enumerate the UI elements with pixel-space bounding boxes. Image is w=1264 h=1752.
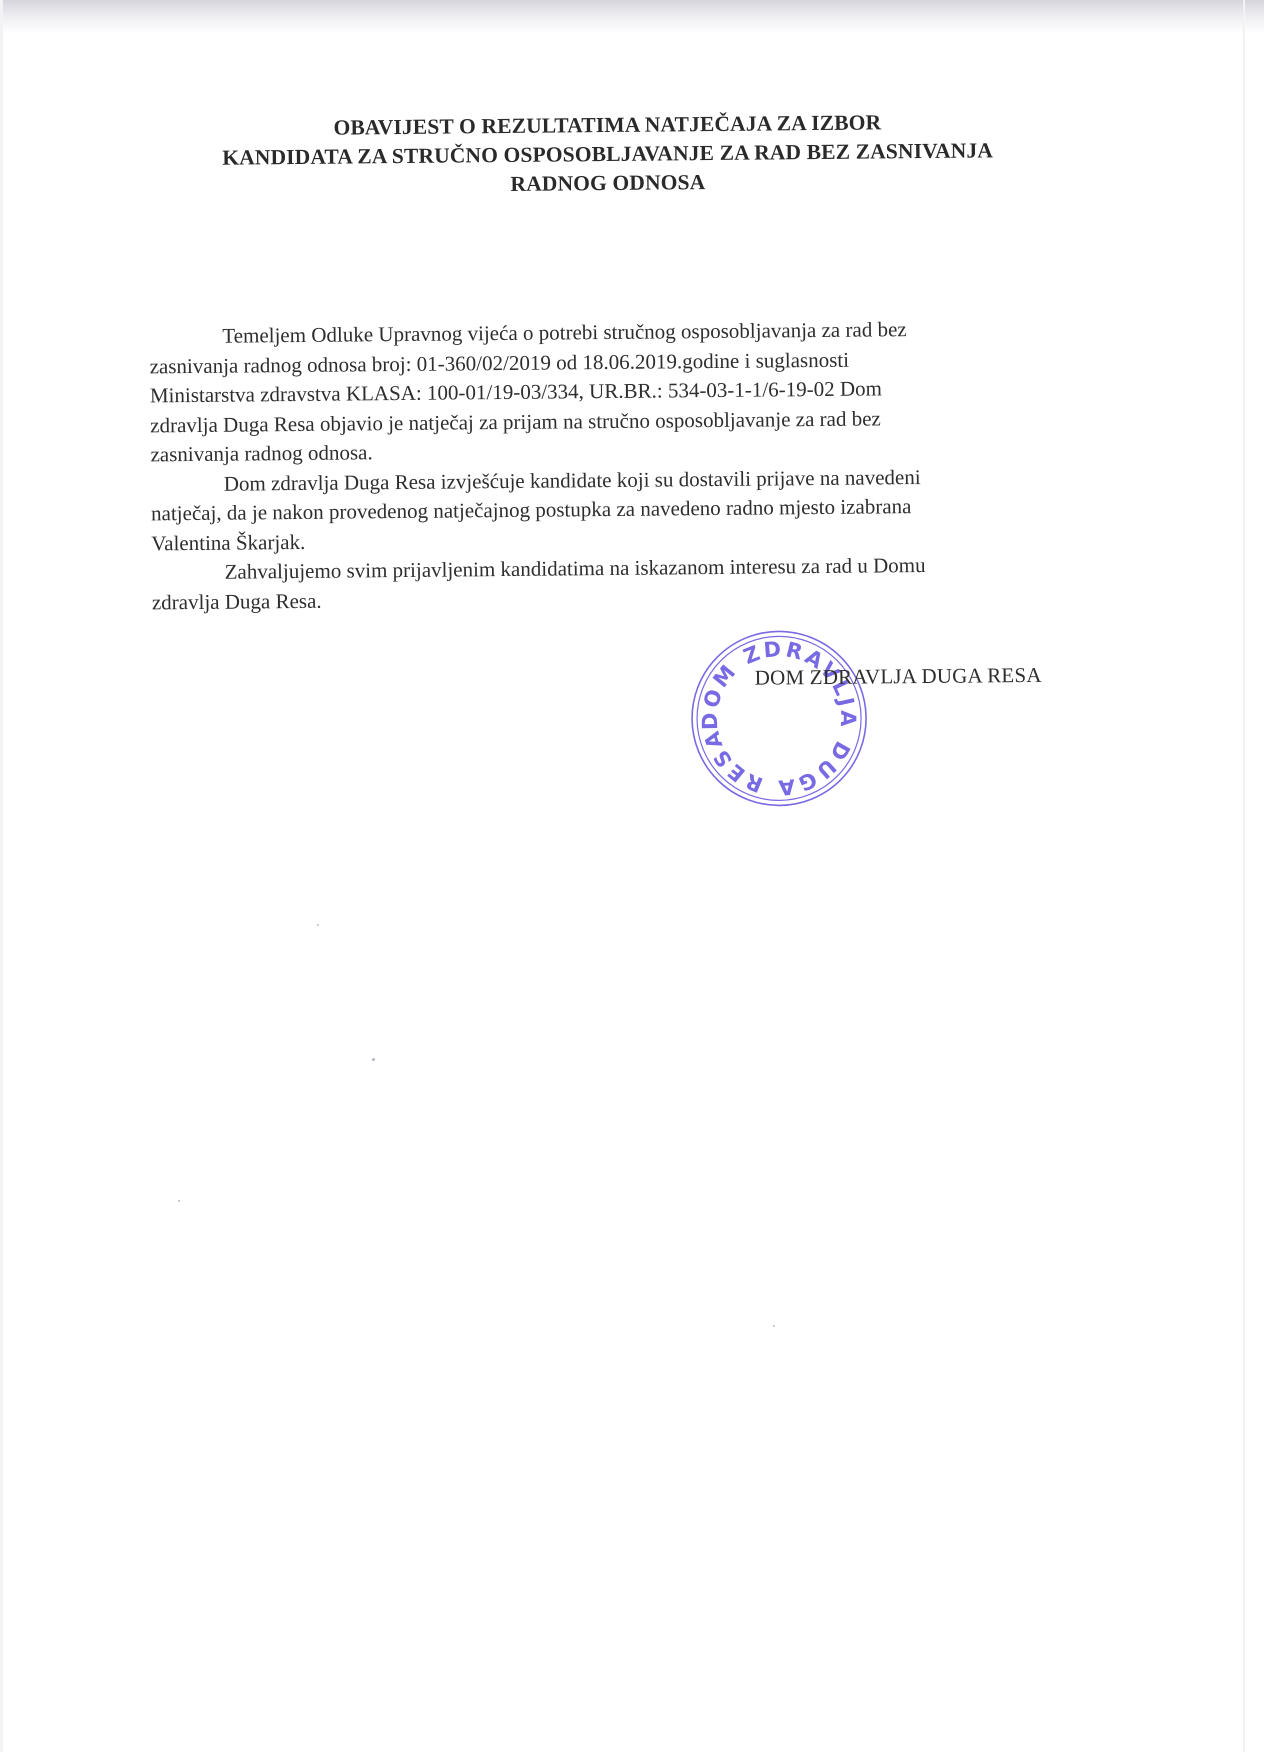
scan-speck bbox=[372, 1058, 375, 1061]
document-body: Temeljem Odluke Upravnog vijeća o potreb… bbox=[149, 313, 1082, 617]
official-seal-icon: DOM ZDRAVLJA DUGA RESA · bbox=[688, 628, 870, 810]
paragraph-decision: Temeljem Odluke Upravnog vijeća o potreb… bbox=[149, 313, 1080, 469]
document-page: OBAVIJEST O REZULTATIMA NATJEČAJA ZA IZB… bbox=[0, 0, 1264, 1752]
scan-speck bbox=[773, 1325, 775, 1327]
signature-institution: DOM ZDRAVLJA DUGA RESA bbox=[755, 663, 1042, 691]
document-title: OBAVIJEST O REZULTATIMA NATJEČAJA ZA IZB… bbox=[147, 107, 1068, 203]
scan-speck bbox=[317, 924, 319, 926]
paragraph-result: Dom zdravlja Duga Resa izvješćuje kandid… bbox=[151, 461, 1082, 558]
svg-text:DOM ZDRAVLJA DUGA RESA ·: DOM ZDRAVLJA DUGA RESA · bbox=[688, 628, 870, 810]
scan-speck bbox=[178, 1200, 180, 1202]
paragraph-thanks: Zahvaljujemo svim prijavljenim kandidati… bbox=[151, 549, 1082, 617]
